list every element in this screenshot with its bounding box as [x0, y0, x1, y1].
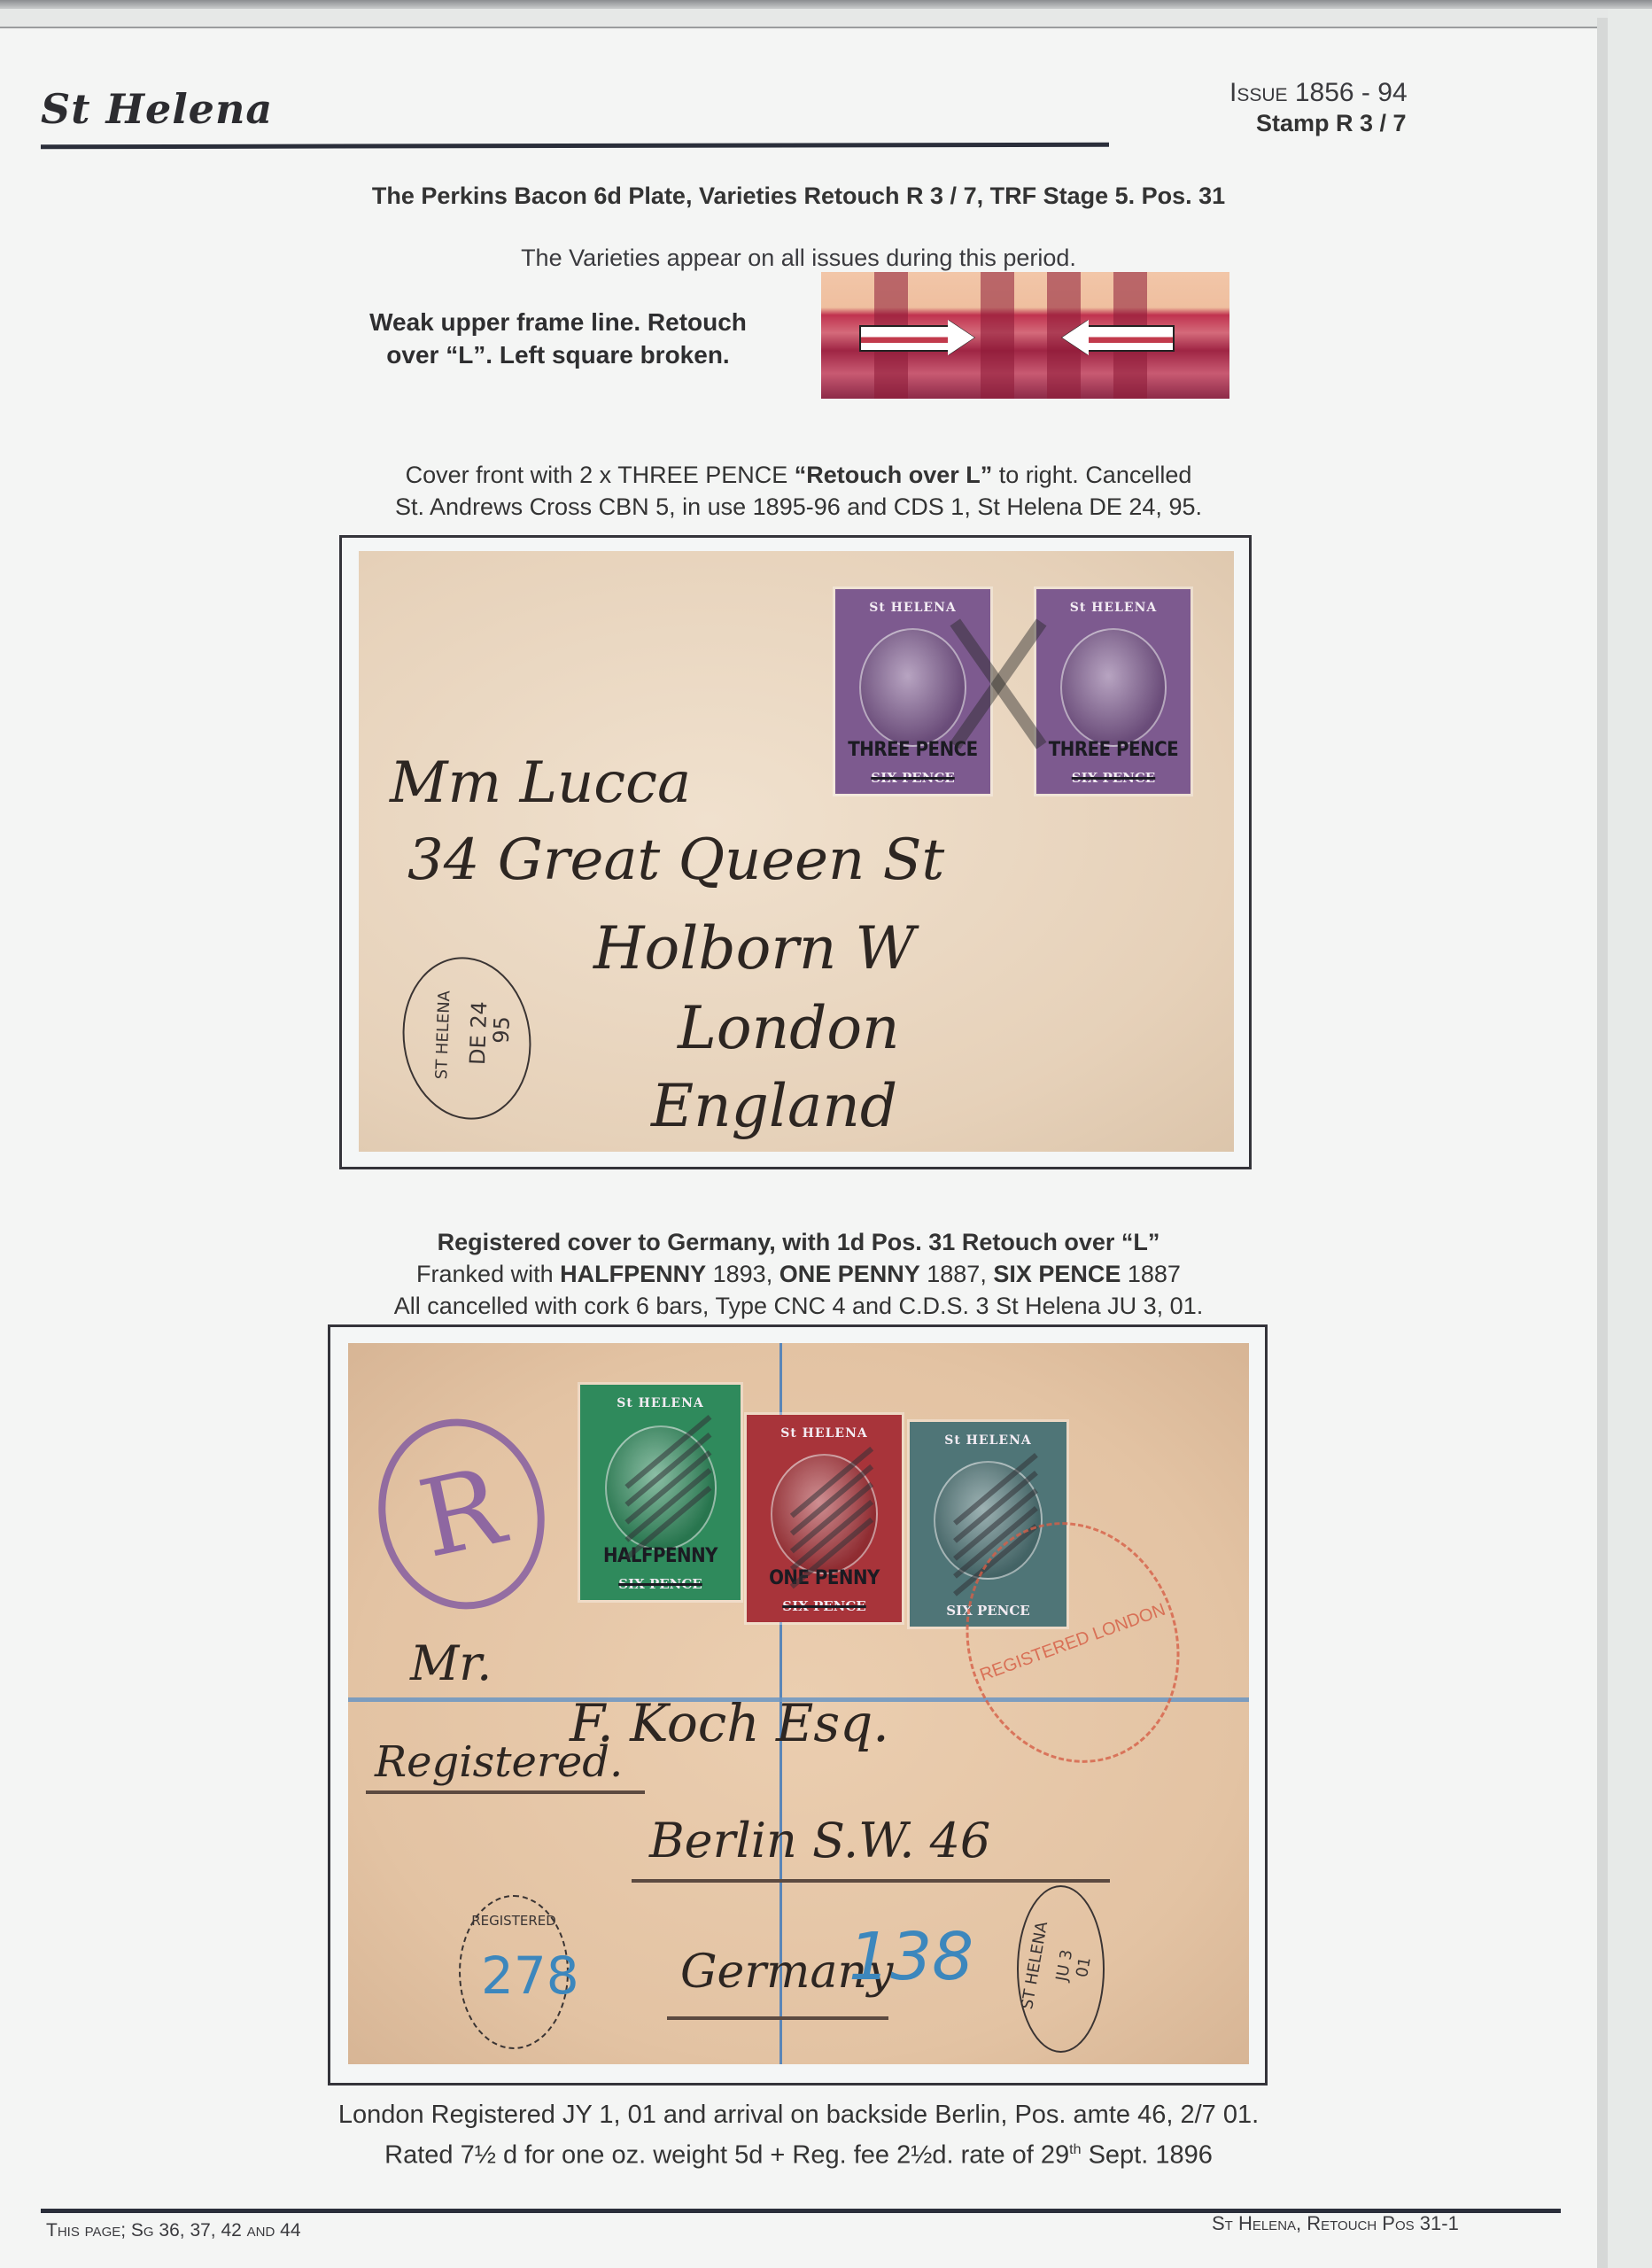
caption-text: Cover front with 2 x THREE PENCE: [406, 462, 795, 488]
footer-page-ref: St Helena, Retouch Pos 31-1: [1212, 2212, 1459, 2235]
cover1-caption-line2: St. Andrews Cross CBN 5, in use 1895-96 …: [0, 491, 1597, 523]
variety-description: Weak upper frame line. Retouch over “L”.…: [337, 306, 779, 371]
stamp-country-label: St HELENA: [912, 1433, 1064, 1448]
underline: [366, 1790, 645, 1794]
cover2-bottom-caption: London Registered JY 1, 01 and arrival o…: [0, 2097, 1597, 2173]
caption-text: Sept. 1896: [1082, 2141, 1213, 2170]
bottom-caption-line1: London Registered JY 1, 01 and arrival o…: [0, 2097, 1597, 2132]
caption-text: Rated 7½ d for one oz. weight 5d + Reg. …: [384, 2141, 1069, 2170]
variety-description-line1: Weak upper frame line. Retouch: [337, 306, 779, 338]
cover2-caption-line2: Franked with HALFPENNY 1893, ONE PENNY 1…: [0, 1258, 1597, 1290]
stamp-value-label: SIX PENCE: [583, 1576, 738, 1592]
caption-text: 1887,: [920, 1261, 994, 1287]
st-helena-postmark: ST HELENA JU 3 01: [1017, 1885, 1105, 2053]
postmark-year: 01: [1073, 1955, 1095, 1978]
stamp-country-label: St HELENA: [583, 1396, 738, 1410]
arrow-left-head-icon: [1062, 320, 1089, 355]
address-line: London: [678, 994, 900, 1062]
caption-emphasis: SIX PENCE: [993, 1261, 1121, 1287]
stamp-country-label: St HELENA: [1039, 601, 1188, 615]
stamp-surcharge: THREE PENCE: [1039, 739, 1188, 761]
page-edge: [1597, 18, 1608, 2268]
stamp-halfpenny: St HELENAHALFPENNYSIX PENCE: [580, 1385, 741, 1600]
variety-description-line2: over “L”. Left square broken.: [337, 338, 779, 371]
stamp-country-label: St HELENA: [749, 1426, 899, 1441]
stamp-value-label: SIX PENCE: [838, 770, 988, 786]
underline: [667, 2016, 888, 2020]
variety-detail-image: [821, 272, 1229, 399]
registration-number: 278: [481, 1946, 579, 2006]
registration-number: 138: [849, 1919, 973, 1995]
address-line: Mm Lucca: [390, 750, 691, 816]
st-andrews-cross-cancel: [935, 613, 1059, 746]
scan-top-edge: [0, 0, 1652, 9]
stamp-three-pence-2: St HELENATHREE PENCESIX PENCE: [1036, 589, 1191, 794]
caption-emphasis: ONE PENNY: [779, 1261, 920, 1287]
section-heading: The Perkins Bacon 6d Plate, Varieties Re…: [0, 183, 1597, 210]
stamp-surcharge: HALFPENNY: [583, 1545, 738, 1567]
underline: [632, 1879, 1110, 1883]
footer-catalogue-ref: This page; Sg 36, 37, 42 and 44: [46, 2220, 301, 2241]
stamp-value-label: SIX PENCE: [1039, 770, 1188, 786]
address-line: Holborn W: [593, 914, 915, 983]
caption-text: 1887: [1121, 1261, 1181, 1287]
registered-r-cachet: R: [361, 1403, 562, 1625]
st-helena-postmark: ST HELENA DE 24 95: [392, 949, 541, 1128]
address-line: 34 Great Queen St: [407, 827, 944, 893]
cover2-caption-line1: Registered cover to Germany, with 1d Pos…: [0, 1226, 1597, 1258]
address-line: Mr.: [410, 1635, 492, 1691]
arrow-right-head-icon: [948, 320, 974, 355]
caption-text: 1893,: [706, 1261, 779, 1287]
caption-text: Franked with: [416, 1261, 560, 1287]
scan-top-strip: [0, 9, 1608, 28]
cover2-caption-line3: All cancelled with cork 6 bars, Type CNC…: [0, 1290, 1597, 1322]
stamp-surcharge: ONE PENNY: [749, 1567, 899, 1589]
cover1-caption: Cover front with 2 x THREE PENCE “Retouc…: [0, 459, 1597, 523]
cover2-caption: Registered cover to Germany, with 1d Pos…: [0, 1226, 1597, 1322]
caption-superscript: th: [1069, 2142, 1081, 2157]
caption-emphasis: “Retouch over L”: [795, 462, 993, 488]
letter-stroke: [981, 272, 1014, 399]
cover1-envelope: St HELENATHREE PENCESIX PENCE St HELENAT…: [359, 551, 1234, 1152]
postmark-date: JU 3: [1052, 1948, 1076, 1983]
arrow-left-icon: [1087, 325, 1175, 352]
stamp-one-penny: St HELENAONE PENNYSIX PENCE: [747, 1415, 902, 1622]
postmark-text: ST HELENA: [432, 990, 454, 1080]
queen-victoria-portrait-icon: [1060, 628, 1167, 748]
arrow-right-icon: [859, 325, 951, 352]
postmark-text: REGISTERED: [461, 1897, 567, 1929]
address-line: England: [651, 1072, 897, 1140]
stamp-value-label: SIX PENCE: [749, 1598, 899, 1614]
page-title: St Helena: [41, 85, 273, 133]
issue-label: Issue 1856 - 94: [1229, 78, 1408, 108]
postmark-year: 95: [489, 1016, 515, 1045]
address-line: Berlin S.W. 46: [649, 1813, 990, 1868]
postmark-text: ST HELENA: [1018, 1920, 1051, 2010]
address-line: Registered.: [375, 1737, 623, 1787]
varieties-note: The Varieties appear on all issues durin…: [0, 245, 1597, 272]
cover2-envelope: R St HELENAHALFPENNYSIX PENCE St HELENAO…: [348, 1343, 1249, 2064]
bottom-caption-line2: Rated 7½ d for one oz. weight 5d + Reg. …: [0, 2132, 1597, 2173]
cover1-caption-line1: Cover front with 2 x THREE PENCE “Retouc…: [0, 459, 1597, 491]
caption-emphasis: HALFPENNY: [560, 1261, 706, 1287]
postmark-date: DE 24: [465, 1001, 492, 1066]
stamp-reference: Stamp R 3 / 7: [1256, 110, 1407, 137]
caption-text: to right. Cancelled: [992, 462, 1191, 488]
